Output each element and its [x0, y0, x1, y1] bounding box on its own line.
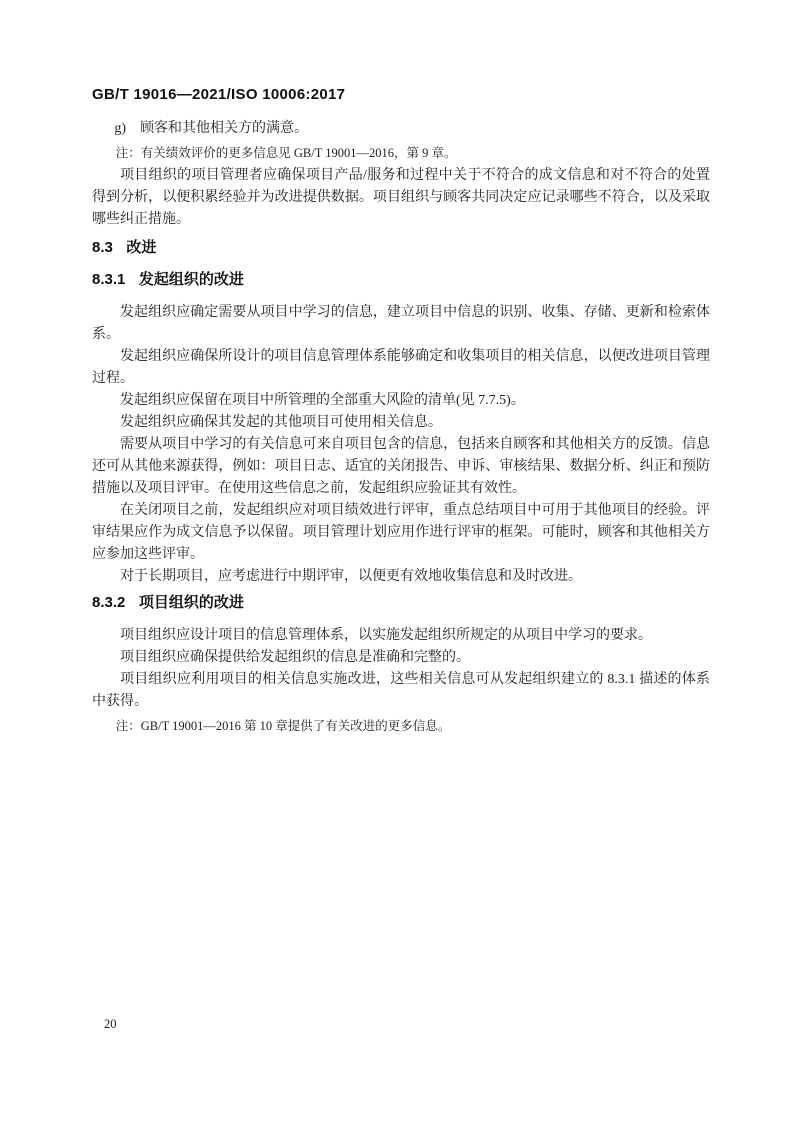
paragraph: 需要从项目中学习的有关信息可来自项目包含的信息，包括来自顾客和其他相关方的反馈。… [92, 434, 710, 500]
section-heading-8-3: 8.3改进 [92, 237, 710, 259]
note-improvement: 注：GB/T 19001—2016 第 10 章提供了有关改进的更多信息。 [92, 715, 710, 737]
list-item-text: 顾客和其他相关方的满意。 [140, 121, 308, 136]
paragraph-nonconformity: 项目组织的项目管理者应确保项目产品/服务和过程中关于不符合的成文信息和对不符合的… [92, 165, 710, 231]
paragraph: 项目组织应利用项目的相关信息实施改进，这些相关信息可从发起组织建立的 8.3.1… [92, 669, 710, 713]
list-item-label: g) [114, 121, 126, 136]
heading-number: 8.3.1 [92, 271, 125, 288]
paragraph: 发起组织应确定需要从项目中学习的信息，建立项目中信息的识别、收集、存储、更新和检… [92, 302, 710, 346]
paragraph: 项目组织应设计项目的信息管理体系，以实施发起组织所规定的从项目中学习的要求。 [92, 625, 710, 647]
document-body: g)顾客和其他相关方的满意。 注：有关绩效评价的更多信息见 GB/T 19001… [92, 118, 710, 737]
subsection-heading-8-3-2: 8.3.2项目组织的改进 [92, 592, 710, 614]
heading-number: 8.3 [92, 239, 113, 256]
standard-number-header: GB/T 19016—2021/ISO 10006:2017 [92, 84, 710, 106]
paragraph: 发起组织应确保其发起的其他项目可使用相关信息。 [92, 412, 710, 434]
note-performance-evaluation: 注：有关绩效评价的更多信息见 GB/T 19001—2016，第 9 章。 [92, 142, 710, 164]
paragraph: 发起组织应确保所设计的项目信息管理体系能够确定和收集项目的相关信息，以便改进项目… [92, 346, 710, 390]
heading-title: 发起组织的改进 [139, 271, 244, 288]
page-number: 20 [104, 1016, 117, 1032]
heading-title: 项目组织的改进 [139, 594, 244, 611]
heading-title: 改进 [126, 239, 156, 256]
heading-number: 8.3.2 [92, 594, 125, 611]
paragraph: 对于长期项目，应考虑进行中期评审，以便更有效地收集信息和及时改进。 [92, 566, 710, 588]
subsection-heading-8-3-1: 8.3.1发起组织的改进 [92, 269, 710, 291]
paragraph: 项目组织应确保提供给发起组织的信息是准确和完整的。 [92, 647, 710, 669]
list-item-g: g)顾客和其他相关方的满意。 [92, 118, 710, 140]
document-page: GB/T 19016—2021/ISO 10006:2017 g)顾客和其他相关… [0, 0, 794, 1123]
paragraph: 发起组织应保留在项目中所管理的全部重大风险的清单(见 7.7.5)。 [92, 390, 710, 412]
paragraph: 在关闭项目之前，发起组织应对项目绩效进行评审，重点总结项目中可用于其他项目的经验… [92, 500, 710, 566]
